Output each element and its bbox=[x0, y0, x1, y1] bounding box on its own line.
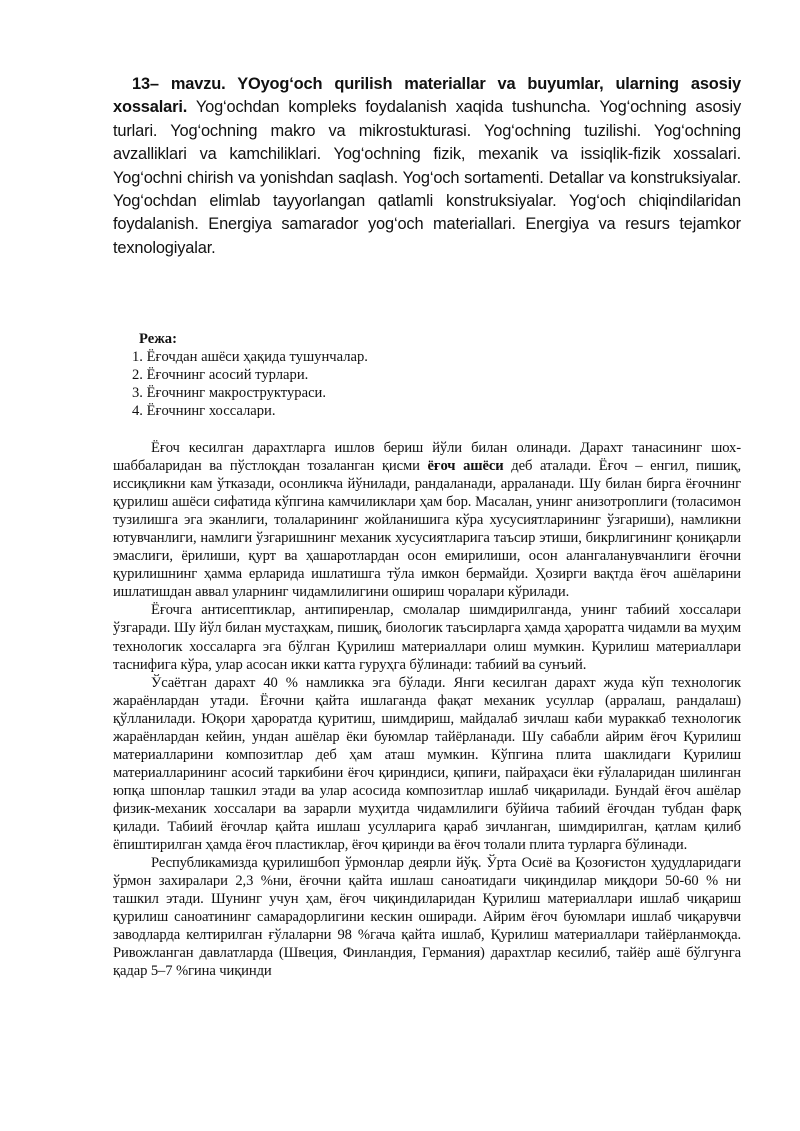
plan-title: Режа: bbox=[132, 330, 368, 348]
document-page: 13– mavzu. YOyog‘och qurilish materialla… bbox=[0, 0, 800, 1131]
body-paragraph: Ўсаётган дарахт 40 % намликка эга бўлади… bbox=[113, 674, 741, 854]
plan-item: 2. Ёғочнинг асосий турлари. bbox=[132, 366, 368, 384]
paragraph-text: деб аталади. Ёғоч – енгил, пишиқ, иссиқл… bbox=[113, 458, 741, 600]
plan-item: 3. Ёғочнинг макроструктураси. bbox=[132, 384, 368, 402]
plan-list: 1. Ёғочдан ашёси ҳақида тушунчалар. 2. Ё… bbox=[132, 348, 368, 420]
plan-item: 4. Ёғочнинг хоссалари. bbox=[132, 402, 368, 420]
body-paragraph: Ёғочга антисептиклар, антипиренлар, смол… bbox=[113, 601, 741, 673]
plan-item: 1. Ёғочдан ашёси ҳақида тушунчалар. bbox=[132, 348, 368, 366]
topic-description: Yog‘ochdan kompleks foydalanish xaqida t… bbox=[113, 98, 741, 256]
term-wood-material: ёғоч ашёси bbox=[428, 458, 504, 474]
body-paragraph: Республикамизда қурилишбоп ўрмонлар деяр… bbox=[113, 854, 741, 980]
topic-paragraph: 13– mavzu. YOyog‘och qurilish materialla… bbox=[113, 73, 741, 260]
body-text: Ёғоч кесилган дарахтларга ишлов бериш йў… bbox=[113, 439, 741, 980]
plan-section: Режа: 1. Ёғочдан ашёси ҳақида тушунчалар… bbox=[132, 330, 368, 420]
body-paragraph: Ёғоч кесилган дарахтларга ишлов бериш йў… bbox=[113, 439, 741, 601]
